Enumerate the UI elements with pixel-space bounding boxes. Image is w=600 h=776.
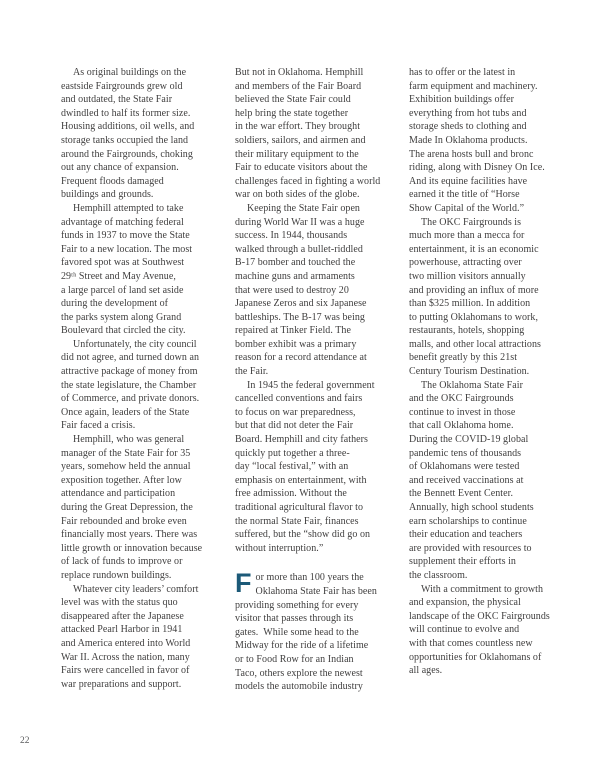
paragraph: The OKC Fairgrounds is much more than a … [409,216,569,379]
paragraph: has to offer or the latest in farm equip… [409,66,569,216]
paragraph-text: or more than 100 years the Oklahoma Stat… [235,572,377,692]
drop-cap-letter: F [235,571,256,597]
paragraph: Hemphill attempted to take advantage of … [61,202,221,338]
paragraph: In 1945 the federal government cancelled… [235,379,395,556]
paragraph: Keeping the State Fair open during World… [235,202,395,379]
paragraph: With a commitment to growth and expansio… [409,583,569,678]
article-body: As original buildings on the eastside Fa… [0,0,600,694]
paragraph: Whatever city leaders’ comfort level was… [61,583,221,692]
paragraph: As original buildings on the eastside Fa… [61,66,221,202]
paragraph: The Oklahoma State Fair and the OKC Fair… [409,379,569,583]
text-column-2: But not in Oklahoma. Hemphill and member… [235,66,395,694]
paragraph-with-dropcap: For more than 100 years the Oklahoma Sta… [235,571,395,693]
text-column-1: As original buildings on the eastside Fa… [61,66,221,694]
page-number: 22 [20,736,30,746]
paragraph: Unfortunately, the city council did not … [61,338,221,433]
paragraph: Hemphill, who was general manager of the… [61,433,221,583]
paragraph: But not in Oklahoma. Hemphill and member… [235,66,395,202]
text-column-3: has to offer or the latest in farm equip… [409,66,569,694]
document-page: As original buildings on the eastside Fa… [0,0,600,776]
